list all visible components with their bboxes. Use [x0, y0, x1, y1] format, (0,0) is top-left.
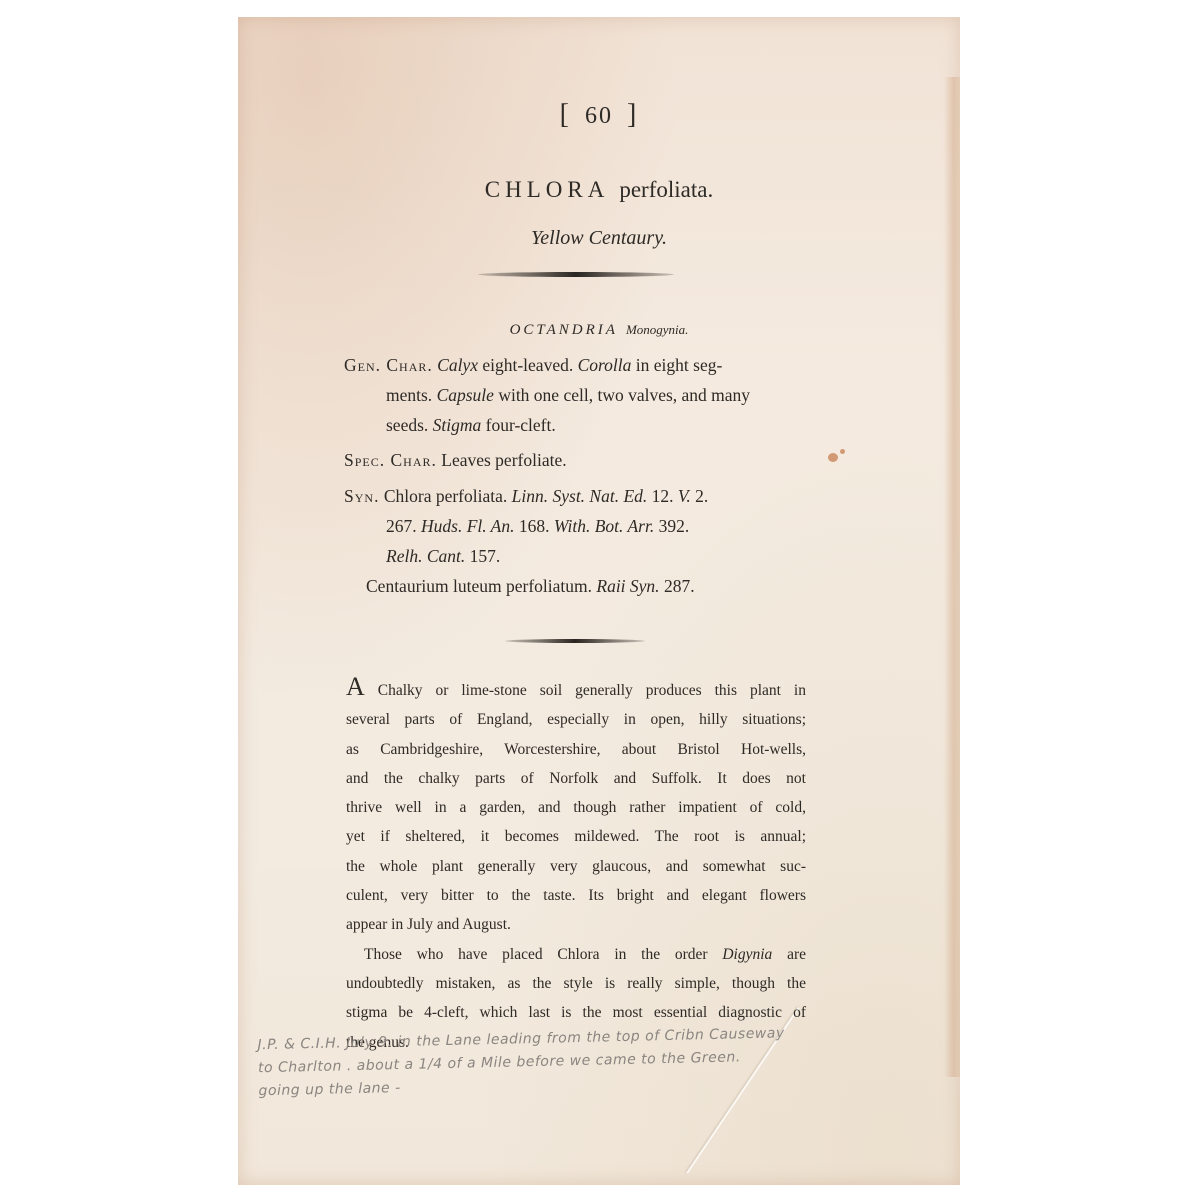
page-number: [60]	[238, 99, 960, 131]
handwritten-annotation: J.P. & C.I.H. July 9. in the Lane leadin…	[257, 1020, 898, 1104]
specific-character: Spec. Char. Leaves perfoliate.	[344, 445, 567, 475]
page-number-value: 60	[585, 103, 613, 129]
class-name: OCTANDRIA	[510, 322, 618, 338]
common-name: Yellow Centaury.	[238, 227, 960, 250]
linnaean-classification: OCTANDRIAMonogynia.	[238, 322, 960, 339]
book-page: [60] CHLORAperfoliata. Yellow Centaury. …	[238, 17, 960, 1185]
generic-character: Gen. Char. Calyx eight-leaved. Corolla i…	[344, 350, 814, 440]
ornamental-rule	[478, 272, 674, 277]
initial-letter: A	[346, 672, 365, 701]
foxing-stain	[828, 453, 838, 462]
paragraph: A Chalky or lime-stone soil generally pr…	[346, 672, 806, 940]
description-text: A Chalky or lime-stone soil generally pr…	[346, 672, 806, 1057]
gen-char-label: Gen. Char.	[344, 355, 433, 375]
page-title: CHLORAperfoliata.	[238, 177, 960, 203]
species-name: perfoliata.	[619, 177, 713, 202]
order-name: Monogynia.	[626, 322, 688, 337]
spec-char-label: Spec. Char.	[344, 450, 437, 470]
synonyms: Syn. Chlora perfoliata. Linn. Syst. Nat.…	[344, 481, 824, 601]
ornamental-rule	[505, 639, 645, 643]
genus-name: CHLORA	[485, 177, 610, 202]
foxing-stain	[840, 449, 845, 454]
syn-label: Syn.	[344, 486, 379, 506]
